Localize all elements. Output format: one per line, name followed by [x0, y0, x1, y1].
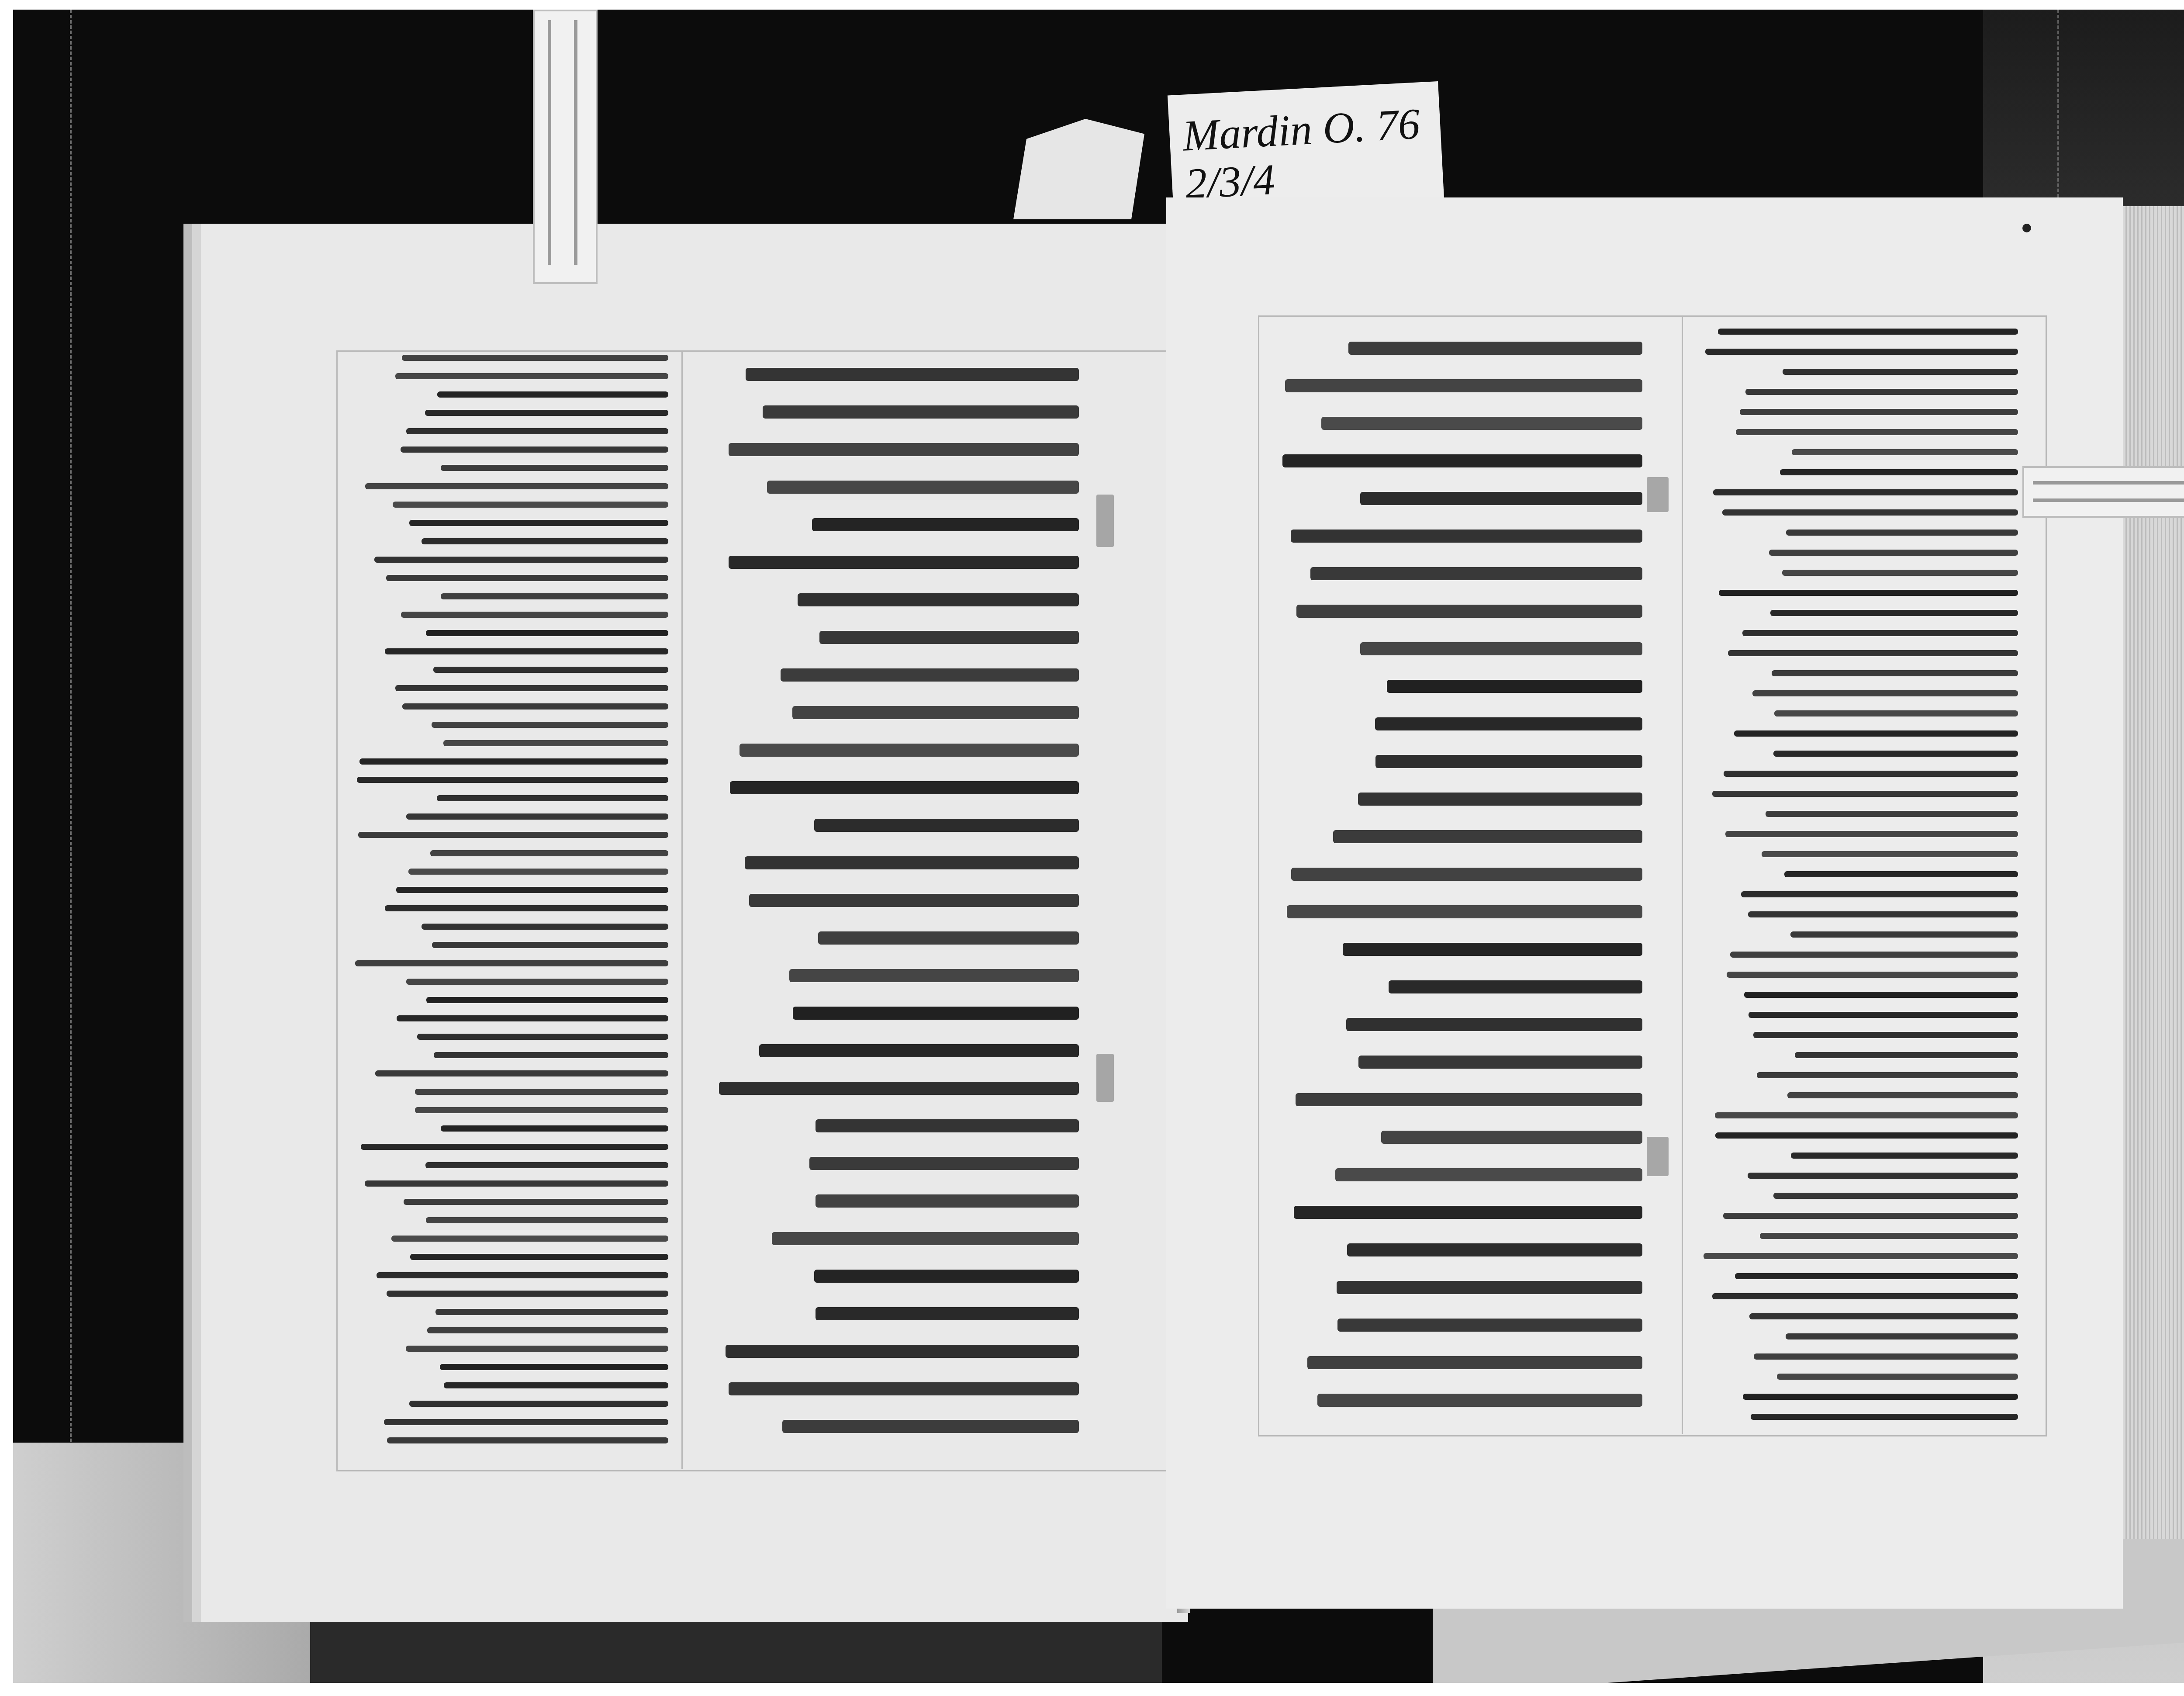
- script-line: [1722, 509, 2018, 516]
- script-line: [430, 850, 668, 856]
- margin-note: [1647, 1137, 1669, 1176]
- left-paper-clip: [533, 10, 598, 284]
- script-line: [425, 410, 668, 416]
- script-line: [1317, 1394, 1642, 1407]
- script-line: [719, 1082, 1079, 1095]
- script-line: [1389, 980, 1642, 993]
- cover-stitching: [70, 10, 89, 1683]
- script-line: [1773, 1193, 2018, 1199]
- script-line: [1748, 911, 2018, 917]
- left-outer-column-text: [354, 355, 668, 1456]
- right-inner-column-text: [1280, 342, 1642, 1431]
- script-line: [385, 905, 668, 911]
- script-line: [441, 465, 668, 471]
- script-line: [426, 997, 668, 1003]
- script-line: [1705, 349, 2018, 355]
- script-line: [410, 1254, 668, 1260]
- script-line: [1727, 972, 2018, 978]
- script-line: [814, 1270, 1079, 1283]
- script-line: [1777, 1374, 2018, 1380]
- script-line: [1291, 868, 1642, 881]
- script-line: [440, 1364, 668, 1370]
- margin-note: [1096, 1054, 1114, 1102]
- script-line: [401, 612, 668, 618]
- script-line: [781, 668, 1079, 682]
- clip-wire: [548, 20, 551, 265]
- script-line: [361, 1144, 668, 1150]
- script-line: [402, 355, 668, 361]
- margin-note: [1647, 477, 1669, 512]
- script-line: [749, 894, 1079, 907]
- script-line: [385, 648, 668, 654]
- script-line: [1795, 1052, 2018, 1058]
- script-line: [1387, 680, 1642, 693]
- shelfmark-line1: Mardin O. 76: [1182, 99, 1421, 160]
- script-line: [745, 856, 1079, 869]
- left-column-divider: [681, 350, 683, 1469]
- script-line: [1791, 1153, 2018, 1159]
- script-line: [1780, 469, 2018, 475]
- script-line: [359, 758, 668, 765]
- script-line: [1713, 489, 2018, 495]
- script-line: [1337, 1281, 1642, 1294]
- script-line: [1784, 871, 2018, 877]
- script-line: [1337, 1319, 1642, 1332]
- script-line: [1787, 1092, 2018, 1098]
- script-line: [1749, 1012, 2018, 1018]
- script-line: [408, 869, 668, 875]
- script-line: [1762, 851, 2018, 857]
- script-line: [1766, 811, 2018, 817]
- script-line: [441, 1125, 668, 1132]
- shelfmark-text: Mardin O. 76 2/3/4: [1182, 100, 1424, 208]
- script-line: [729, 443, 1079, 456]
- script-line: [1712, 791, 2018, 797]
- script-line: [1730, 952, 2018, 958]
- script-line: [729, 1382, 1079, 1395]
- script-line: [1782, 570, 2018, 576]
- left-inner-column-text: [716, 368, 1079, 1457]
- script-line: [432, 942, 668, 948]
- script-line: [1751, 1414, 2018, 1420]
- script-line: [1719, 590, 2018, 596]
- script-line: [404, 1199, 668, 1205]
- script-line: [406, 428, 668, 434]
- script-line: [406, 1346, 668, 1352]
- script-line: [432, 722, 668, 728]
- page-mark: [2022, 224, 2031, 232]
- script-line: [1321, 417, 1642, 430]
- script-line: [1772, 670, 2018, 676]
- script-line: [417, 1034, 668, 1040]
- script-line: [415, 1089, 668, 1095]
- script-line: [1748, 1173, 2018, 1179]
- script-line: [355, 960, 668, 966]
- script-line: [425, 1162, 668, 1168]
- script-line: [730, 781, 1079, 794]
- clip-wire: [574, 20, 577, 265]
- script-line: [1358, 793, 1642, 806]
- script-line: [435, 1309, 668, 1315]
- script-line: [1333, 830, 1642, 843]
- script-line: [767, 481, 1079, 494]
- script-line: [396, 887, 668, 893]
- script-line: [1291, 530, 1642, 543]
- script-line: [1381, 1131, 1642, 1144]
- paper-scrap: [1013, 119, 1144, 219]
- script-line: [387, 1291, 668, 1297]
- script-line: [1287, 905, 1642, 918]
- script-line: [1753, 1032, 2018, 1038]
- script-line: [402, 703, 668, 710]
- script-line: [1744, 992, 2018, 998]
- script-line: [1773, 751, 2018, 757]
- script-line: [384, 1419, 668, 1425]
- script-line: [1307, 1356, 1642, 1369]
- script-line: [1296, 1093, 1642, 1106]
- script-line: [422, 538, 668, 544]
- script-line: [816, 1307, 1079, 1320]
- script-line: [387, 1437, 668, 1443]
- script-line: [729, 556, 1079, 569]
- script-line: [1360, 642, 1642, 655]
- script-line: [437, 391, 668, 398]
- script-line: [812, 518, 1079, 531]
- script-line: [365, 1180, 668, 1187]
- script-line: [1742, 630, 2018, 636]
- script-line: [395, 373, 668, 379]
- right-column-divider: [1682, 315, 1683, 1434]
- script-line: [1724, 771, 2018, 777]
- script-line: [415, 1107, 668, 1113]
- script-line: [763, 405, 1079, 419]
- script-line: [726, 1345, 1079, 1358]
- right-outer-column-text: [1704, 329, 2018, 1434]
- script-line: [433, 667, 668, 673]
- right-page: [1166, 197, 2123, 1609]
- script-line: [818, 931, 1079, 945]
- script-line: [1715, 1132, 2018, 1139]
- manuscript-photo: Mardin O. 76 2/3/4: [13, 10, 2184, 1683]
- script-line: [1786, 1333, 2018, 1339]
- script-line: [434, 1052, 668, 1058]
- script-line: [393, 502, 668, 508]
- script-line: [798, 593, 1079, 606]
- script-line: [814, 819, 1079, 832]
- script-line: [444, 1382, 668, 1388]
- script-line: [1348, 342, 1642, 355]
- script-line: [1786, 530, 2018, 536]
- script-line: [1745, 389, 2018, 395]
- script-line: [1760, 1233, 2018, 1239]
- script-line: [406, 813, 668, 820]
- script-line: [819, 631, 1079, 644]
- script-line: [1740, 409, 2018, 415]
- script-line: [409, 520, 668, 526]
- script-line: [1375, 717, 1642, 730]
- script-line: [816, 1119, 1079, 1132]
- script-line: [427, 1327, 668, 1333]
- script-line: [443, 740, 668, 746]
- clip-wire: [2033, 481, 2184, 485]
- left-page: [201, 224, 1188, 1622]
- script-line: [426, 630, 668, 636]
- script-line: [437, 795, 668, 801]
- script-line: [365, 483, 668, 489]
- script-line: [1734, 730, 2018, 737]
- clip-wire: [2033, 498, 2184, 502]
- script-line: [357, 777, 668, 783]
- script-line: [1715, 1112, 2018, 1118]
- script-line: [386, 575, 668, 581]
- script-line: [1735, 1273, 2018, 1279]
- script-line: [1343, 943, 1642, 956]
- script-line: [375, 1070, 668, 1076]
- script-line: [816, 1194, 1079, 1208]
- script-line: [377, 1272, 668, 1278]
- script-line: [782, 1420, 1079, 1433]
- script-line: [1294, 1206, 1642, 1219]
- script-line: [792, 706, 1079, 719]
- page-block-edges: [2123, 206, 2184, 1539]
- margin-note: [1096, 495, 1114, 547]
- script-line: [1736, 429, 2018, 435]
- script-line: [1743, 1394, 2018, 1400]
- script-line: [1712, 1293, 2018, 1299]
- script-line: [401, 446, 668, 453]
- script-line: [395, 685, 668, 691]
- script-line: [789, 969, 1079, 982]
- script-line: [422, 924, 668, 930]
- script-line: [1704, 1253, 2018, 1259]
- script-line: [1285, 379, 1642, 392]
- script-line: [772, 1232, 1079, 1245]
- script-line: [1360, 492, 1642, 505]
- script-line: [1335, 1168, 1642, 1181]
- script-line: [759, 1044, 1079, 1057]
- script-line: [358, 832, 668, 838]
- script-line: [1310, 567, 1642, 580]
- script-line: [1728, 650, 2018, 656]
- script-line: [740, 744, 1079, 757]
- script-line: [1296, 605, 1642, 618]
- script-line: [1749, 1313, 2018, 1319]
- script-line: [1790, 931, 2018, 938]
- script-line: [426, 1217, 668, 1223]
- script-line: [1783, 369, 2018, 375]
- script-line: [441, 593, 668, 599]
- script-line: [391, 1236, 668, 1242]
- script-line: [746, 368, 1079, 381]
- script-line: [809, 1157, 1079, 1170]
- script-line: [1718, 329, 2018, 335]
- script-line: [1770, 610, 2018, 616]
- script-line: [397, 1015, 668, 1021]
- script-line: [1757, 1072, 2018, 1078]
- script-line: [1723, 1213, 2018, 1219]
- script-line: [1346, 1018, 1642, 1031]
- script-line: [1774, 710, 2018, 716]
- script-line: [1752, 690, 2018, 696]
- script-line: [1347, 1243, 1642, 1256]
- script-line: [1725, 831, 2018, 837]
- script-line: [1754, 1353, 2018, 1360]
- script-line: [1358, 1056, 1642, 1069]
- script-line: [793, 1007, 1079, 1020]
- script-line: [1375, 755, 1642, 768]
- script-line: [1792, 449, 2018, 455]
- script-line: [1741, 891, 2018, 897]
- right-paper-clip: [2022, 466, 2184, 518]
- script-line: [409, 1401, 668, 1407]
- script-line: [406, 979, 668, 985]
- script-line: [374, 557, 668, 563]
- script-line: [1282, 454, 1642, 467]
- script-line: [1769, 550, 2018, 556]
